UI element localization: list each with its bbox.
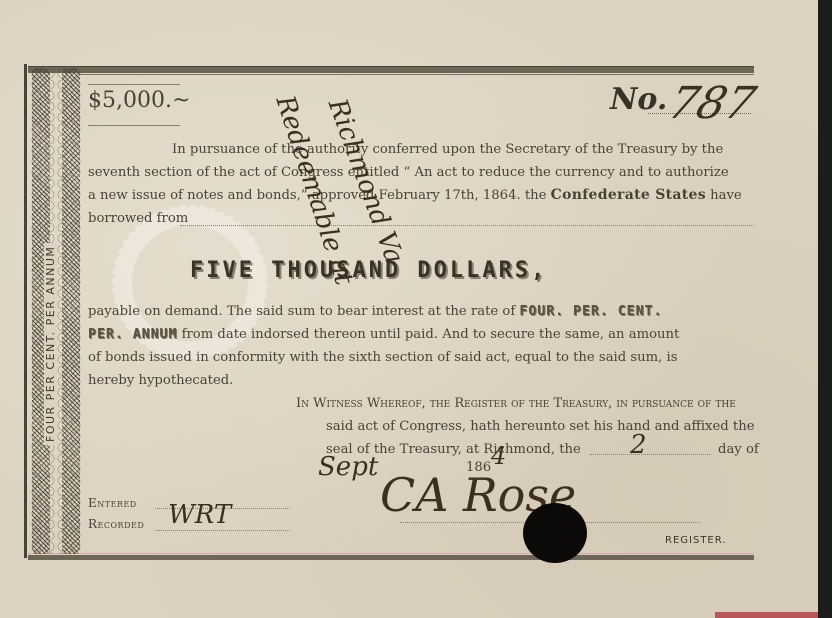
day-line bbox=[590, 454, 710, 455]
border-interest-text: FOUR PER CENT. PER ANNUM bbox=[44, 243, 57, 445]
witness-line-2: said act of Congress, hath hereunto set … bbox=[326, 415, 755, 438]
body-line-5-text: payable on demand. The said sum to bear … bbox=[88, 304, 519, 319]
register-label: REGISTER. bbox=[665, 535, 727, 546]
witness-day-of: day of bbox=[718, 438, 759, 461]
certificate-number: 787 bbox=[663, 78, 761, 129]
scan-edge bbox=[818, 0, 832, 618]
borrowed-from-line bbox=[180, 225, 754, 226]
scan-edge-red bbox=[715, 612, 818, 618]
interest-rate-text: FOUR. PER. CENT. bbox=[519, 304, 662, 319]
body-line-3: a new issue of notes and bonds,” approve… bbox=[88, 184, 742, 207]
per-annum-text: PER. ANNUM bbox=[88, 327, 177, 342]
body-line-3-end: have bbox=[706, 188, 742, 203]
recorded-label: Recorded bbox=[88, 517, 144, 531]
ornamental-border-right bbox=[62, 68, 80, 554]
body-line-8: hereby hypothecated. bbox=[88, 369, 233, 392]
amount-text: $5,000. bbox=[88, 88, 172, 113]
entered-label: Entered bbox=[88, 496, 137, 510]
body-line-5: payable on demand. The said sum to bear … bbox=[88, 300, 662, 323]
body-line-6: PER. ANNUM from date indorsed thereon un… bbox=[88, 323, 679, 346]
amount-in-words: FIVE THOUSAND DOLLARS, bbox=[190, 258, 547, 283]
top-border-rule bbox=[28, 66, 754, 73]
cancellation-punch-hole bbox=[523, 503, 587, 563]
body-line-2: seventh section of the act of Congress e… bbox=[88, 161, 729, 184]
left-border-rule bbox=[24, 64, 27, 558]
top-border-thin-rule bbox=[80, 74, 754, 75]
witness-line-1: In Witness Whereof, the Register of the … bbox=[296, 392, 736, 415]
body-line-7: of bonds issued in conformity with the s… bbox=[88, 346, 678, 369]
amount-value: $5,000.~ bbox=[88, 88, 190, 113]
recorded-line bbox=[155, 530, 290, 531]
bottom-border-pink-rule bbox=[28, 553, 754, 554]
month-value: Sept bbox=[318, 452, 378, 482]
confederate-states-text: Confederate States bbox=[551, 187, 706, 203]
year-suffix: 4 bbox=[491, 442, 506, 470]
number-label: No. bbox=[610, 82, 667, 117]
day-value: 2 bbox=[630, 430, 647, 460]
recorded-initials: WRT bbox=[168, 500, 231, 530]
amount-flourish: ~ bbox=[172, 88, 190, 113]
bottom-border-rule bbox=[28, 555, 754, 560]
body-line-4: borrowed from bbox=[88, 207, 188, 230]
body-line-6-text: from date indorsed thereon until paid. A… bbox=[177, 327, 679, 342]
body-line-1: In pursuance of the authority conferred … bbox=[172, 138, 723, 161]
